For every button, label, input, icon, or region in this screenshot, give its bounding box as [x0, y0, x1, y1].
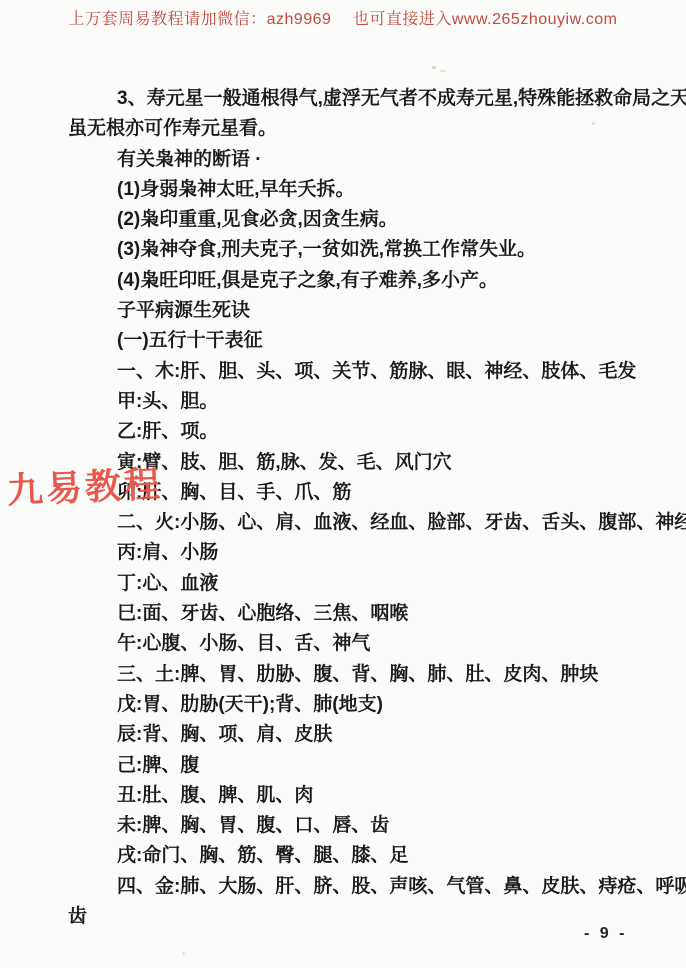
text-line: 乙:肝、项。: [68, 417, 648, 447]
watermark: 九易教程: [6, 456, 164, 514]
text-line: 3、寿元星一般通根得气,虚浮无气者不成寿元星,特殊能拯救命局之天干,: [68, 84, 648, 114]
text-line: 一、木:肝、胆、头、项、关节、筋脉、眼、神经、肢体、毛发: [68, 357, 648, 387]
text-line: 辰:背、胸、项、肩、皮肤: [68, 720, 648, 750]
text-line: 四、金:肺、大肠、肝、脐、股、声咳、气管、鼻、皮肤、痔疮、呼吸系统、骨骼、牙: [68, 872, 648, 902]
scanned-book-page: 上万套周易教程请加微信：azh9969 也可直接进入www.265zhouyiw…: [0, 0, 686, 968]
text-line: 二、火:小肠、心、肩、血液、经血、脸部、牙齿、舌头、腹部、神经、血管、血压: [68, 508, 648, 538]
scan-speck: [432, 66, 436, 69]
text-line: (1)身弱枭神太旺,早年夭拆。: [68, 175, 648, 205]
text-line: 丙:肩、小肠: [68, 538, 648, 568]
text-line: 丑:肚、腹、脾、肌、肉: [68, 781, 648, 811]
text-line: 齿: [68, 902, 648, 932]
text-line: 戊:胃、肋胁(天干);背、肺(地支): [68, 690, 648, 720]
text-line: 戌:命门、胸、筋、臀、腿、膝、足: [68, 841, 648, 871]
text-line: (3)枭神夺食,刑夫克子,一贫如洗,常换工作常失业。: [68, 235, 648, 265]
text-line: 三、土:脾、胃、肋胁、腹、背、胸、肺、肚、皮肉、肿块: [68, 660, 648, 690]
section-subtitle: (一)五行十干表征: [68, 326, 648, 356]
text-line: 午:心腹、小肠、目、舌、神气: [68, 629, 648, 659]
text-line: 巳:面、牙齿、心胞络、三焦、咽喉: [68, 599, 648, 629]
section-title: 子平病源生死诀: [68, 296, 648, 326]
text-line: 有关枭神的断语 ·: [68, 145, 648, 175]
scan-speck: [440, 70, 446, 72]
text-line: 己:脾、腹: [68, 751, 648, 781]
text-line: 虽无根亦可作寿元星看。: [68, 114, 648, 144]
text-line: 甲:头、胆。: [68, 387, 648, 417]
page-body: 3、寿元星一般通根得气,虚浮无气者不成寿元星,特殊能拯救命局之天干, 虽无根亦可…: [68, 84, 648, 932]
text-line: 未:脾、胸、胃、腹、口、唇、齿: [68, 811, 648, 841]
scan-speck: [182, 952, 185, 955]
header-notice: 上万套周易教程请加微信：azh9969 也可直接进入www.265zhouyiw…: [0, 6, 686, 29]
text-line: (4)枭旺印旺,俱是克子之象,有子难养,多小产。: [68, 266, 648, 296]
text-line: 丁:心、血液: [68, 569, 648, 599]
text-line: (2)枭印重重,见食必贪,因贪生病。: [68, 205, 648, 235]
